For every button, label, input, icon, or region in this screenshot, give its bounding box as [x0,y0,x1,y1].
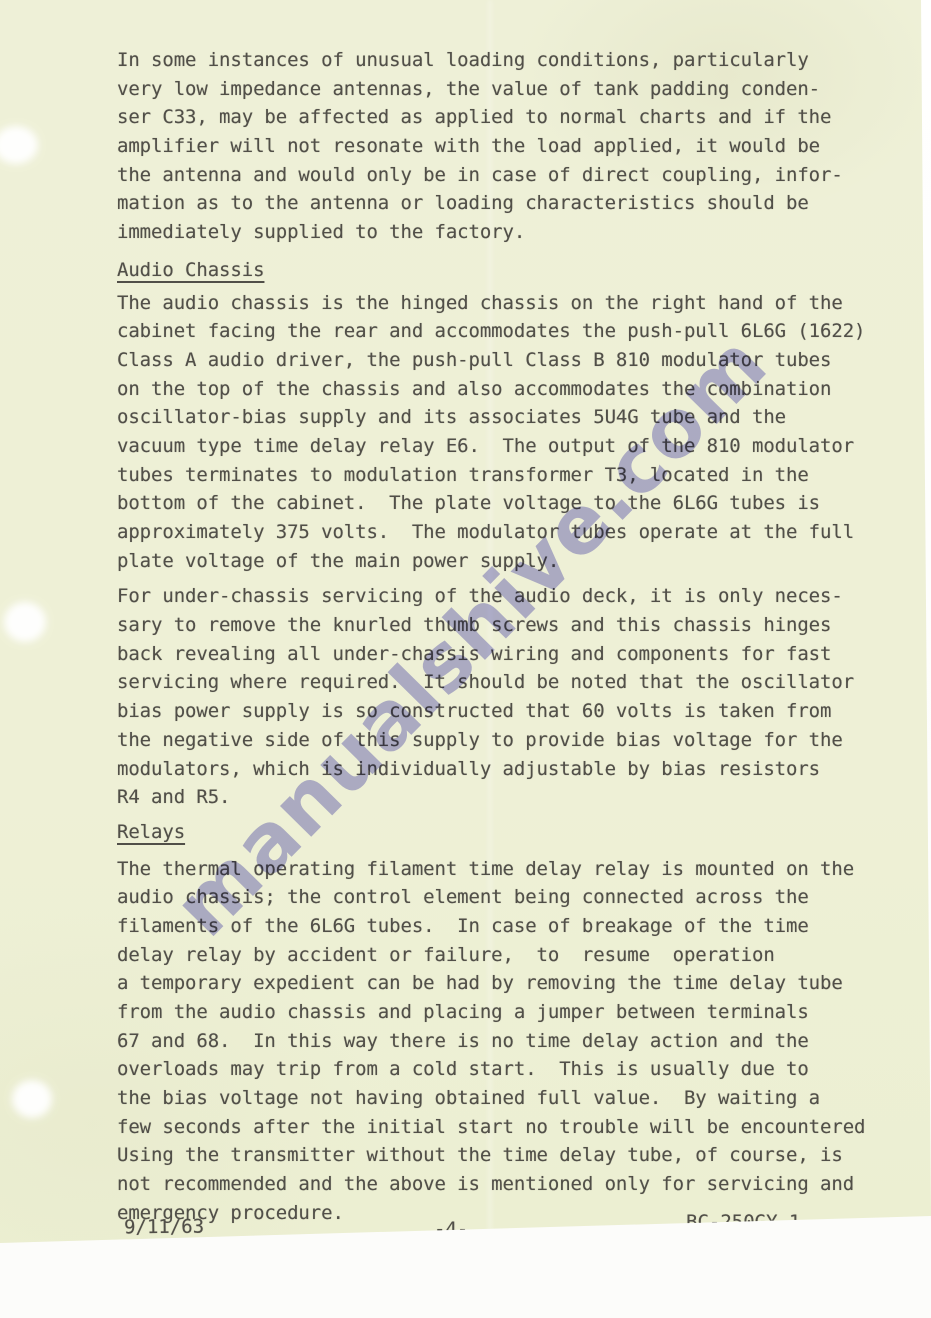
text-line: plate voltage of the main power supply. [117,547,897,576]
text-line: the antenna and would only be in case of… [117,161,897,190]
footer-document-number: BC-250GY-1 [686,1211,800,1233]
text-line: not recommended and the above is mention… [117,1170,897,1199]
page-content: In some instances of unusual loading con… [117,46,897,1228]
paragraph-audio-chassis: The audio chassis is the hinged chassis … [117,289,897,576]
text-line: tubes terminates to modulation transform… [117,461,897,490]
text-line: bottom of the cabinet. The plate voltage… [117,489,897,518]
text-line: bias power supply is so constructed that… [117,697,897,726]
scanned-page-background: In some instances of unusual loading con… [0,0,931,1318]
paragraph-loading-conditions: In some instances of unusual loading con… [117,46,897,247]
text-line: The audio chassis is the hinged chassis … [117,289,897,318]
text-line: cabinet facing the rear and accommodates… [117,317,897,346]
text-line: Class A audio driver, the push-pull Clas… [117,346,897,375]
text-line: delay relay by accident or failure, to r… [117,941,897,970]
section-heading-relays: Relays [117,818,897,847]
text-line: audio chassis; the control element being… [117,883,897,912]
text-line: the bias voltage not having obtained ful… [117,1084,897,1113]
text-line: few seconds after the initial start no t… [117,1113,897,1142]
text-line: immediately supplied to the factory. [117,218,897,247]
text-line: For under-chassis servicing of the audio… [117,582,897,611]
text-line: a temporary expedient can be had by remo… [117,969,897,998]
text-line: the negative side of this supply to prov… [117,726,897,755]
text-line: on the top of the chassis and also accom… [117,375,897,404]
text-line: filaments of the 6L6G tubes. In case of … [117,912,897,941]
text-line: very low impedance antennas, the value o… [117,75,897,104]
paragraph-under-chassis-servicing: For under-chassis servicing of the audio… [117,582,897,812]
section-heading-audio-chassis: Audio Chassis [117,256,897,285]
document-page: In some instances of unusual loading con… [0,0,931,1250]
text-line: servicing where required. It should be n… [117,668,897,697]
footer-page-number: -4- [434,1218,468,1240]
paragraph-relays: The thermal operating filament time dela… [117,855,897,1228]
text-line: Using the transmitter without the time d… [117,1141,897,1170]
text-line: R4 and R5. [117,783,897,812]
text-line: amplifier will not resonate with the loa… [117,132,897,161]
text-line: ser C33, may be affected as applied to n… [117,103,897,132]
footer-date: 9/11/63 [124,1216,204,1239]
text-line: overloads may trip from a cold start. Th… [117,1055,897,1084]
text-line: The thermal operating filament time dela… [117,855,897,884]
punch-hole-middle [4,602,46,642]
text-line: In some instances of unusual loading con… [117,46,897,75]
text-line: sary to remove the knurled thumb screws … [117,611,897,640]
text-line: from the audio chassis and placing a jum… [117,998,897,1027]
text-line: vacuum type time delay relay E6. The out… [117,432,897,461]
text-line: back revealing all under-chassis wiring … [117,640,897,669]
text-line: approximately 375 volts. The modulator t… [117,518,897,547]
punch-hole-bottom [12,1080,52,1118]
text-line: modulators, which is individually adjust… [117,755,897,784]
text-line: oscillator-bias supply and its associate… [117,403,897,432]
text-line: 67 and 68. In this way there is no time … [117,1027,897,1056]
text-line: mation as to the antenna or loading char… [117,189,897,218]
